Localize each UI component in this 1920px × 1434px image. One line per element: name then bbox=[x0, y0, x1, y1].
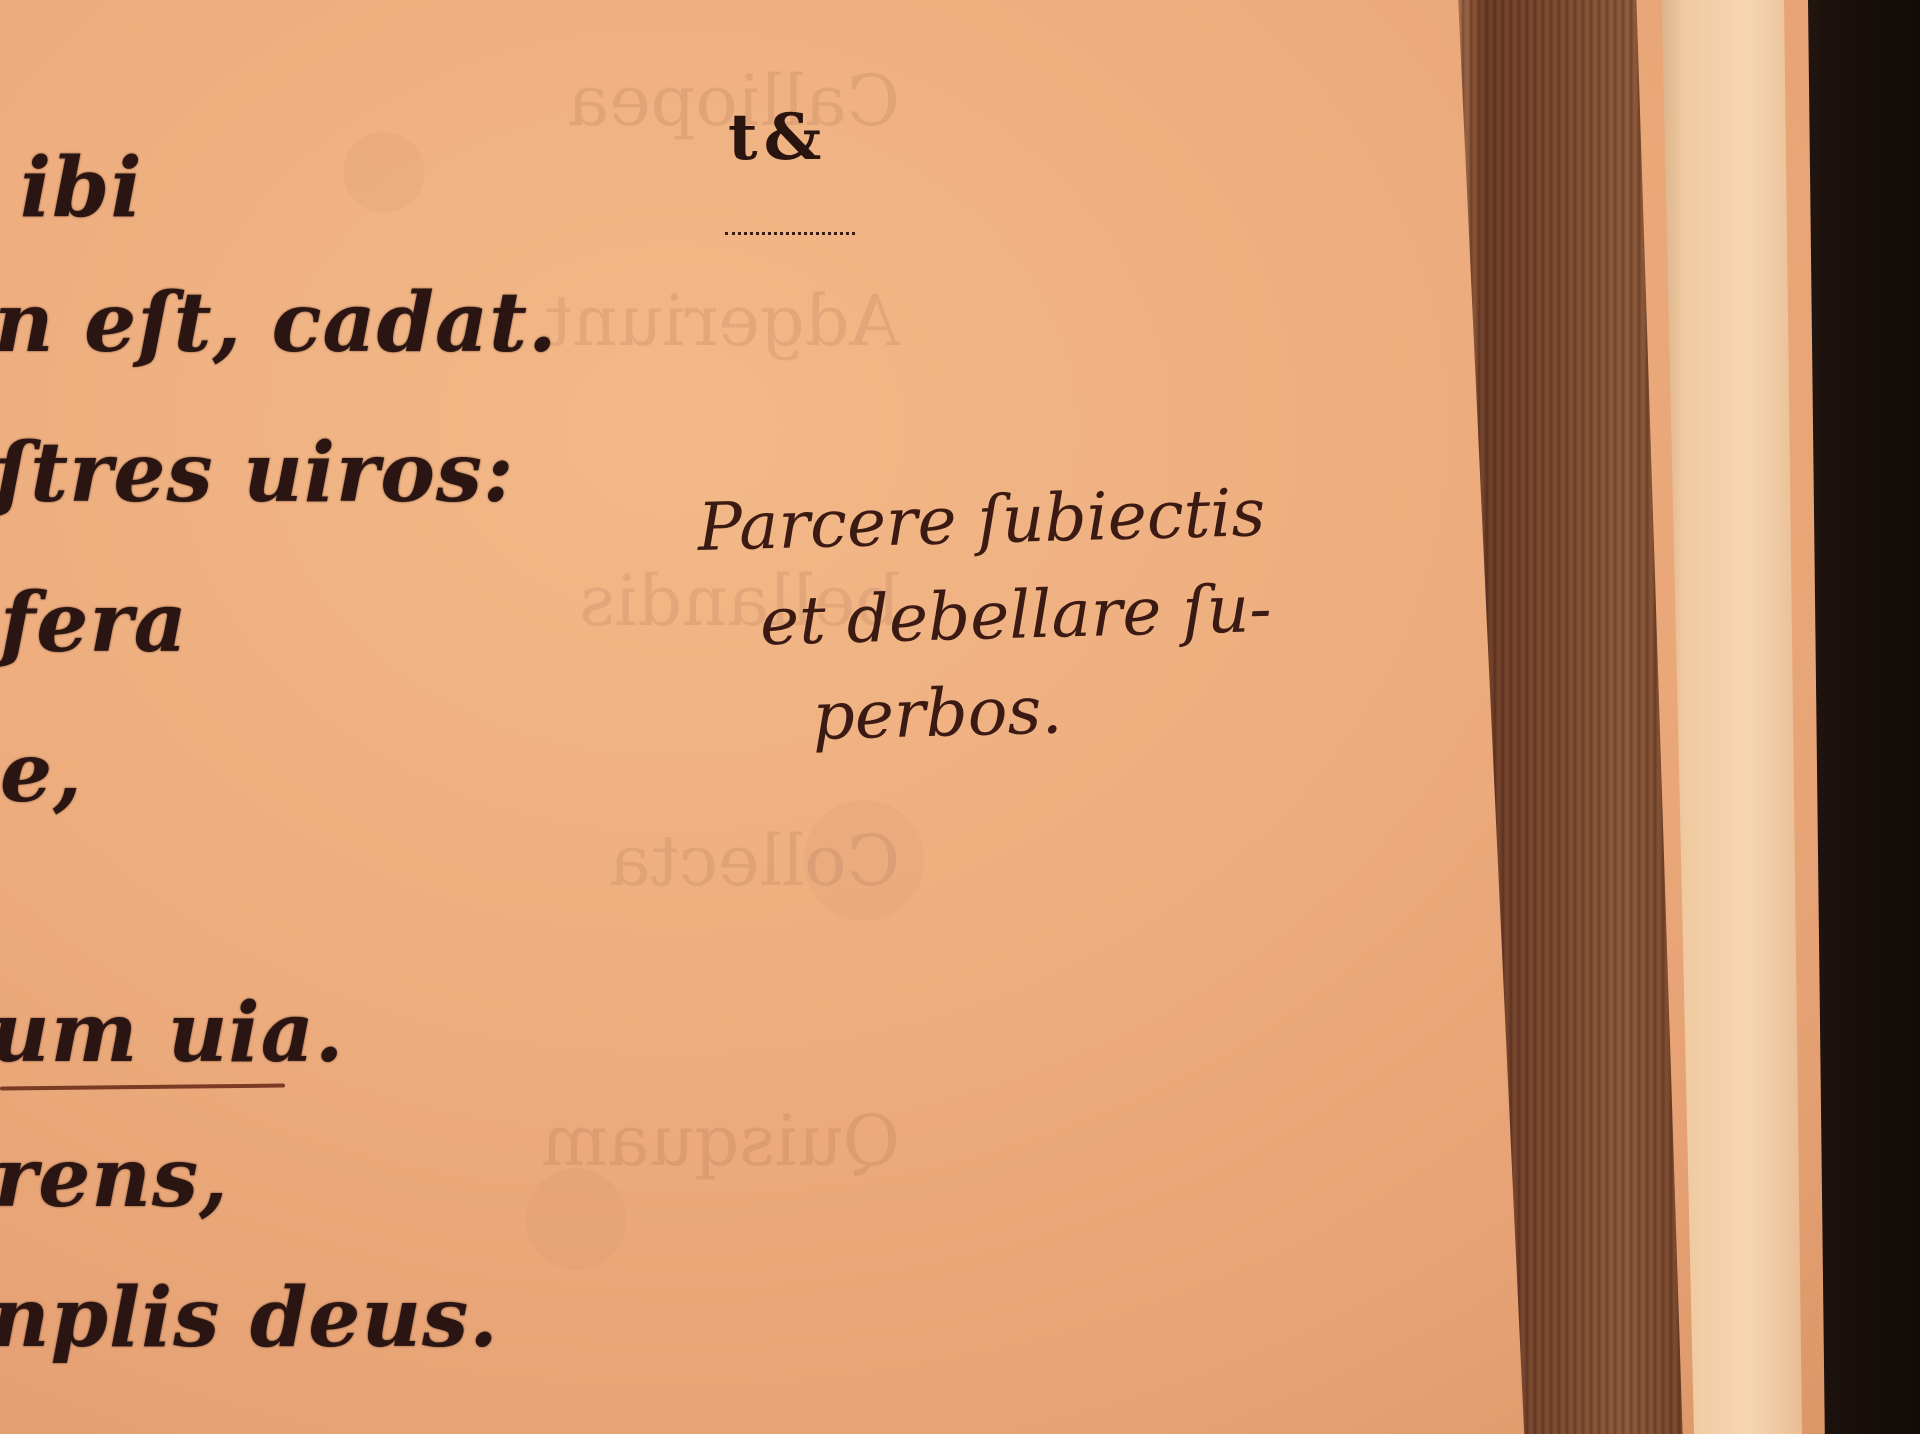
marginal-note-line: perbos. bbox=[701, 652, 1463, 768]
signature-dots bbox=[725, 232, 855, 241]
printed-line: um uia. bbox=[0, 985, 344, 1081]
leather-binding bbox=[1780, 0, 1920, 1434]
bleed-through-text: Calliopea bbox=[520, 60, 900, 142]
printed-line: nplis deus. bbox=[0, 1270, 499, 1366]
signature-mark: t& bbox=[728, 100, 827, 175]
bleed-through-text: Collecta bbox=[520, 820, 900, 902]
ink-underline bbox=[0, 1084, 285, 1091]
handwritten-marginal-note: Parcere ſubiectis et debellare ſu- perbo… bbox=[696, 460, 1463, 768]
printed-line: ſtres uiros: bbox=[0, 425, 514, 521]
printed-line: fera bbox=[0, 575, 188, 671]
bleed-through-text: Quisquam bbox=[520, 1100, 900, 1182]
printed-line: n eſt, cadat. bbox=[0, 275, 558, 371]
printed-line: ibi bbox=[20, 140, 143, 236]
printed-line: e, bbox=[0, 725, 83, 821]
printed-text-column: ibi n eſt, cadat. ſtres uiros: fera e, u… bbox=[0, 0, 470, 1434]
printed-line: rens, bbox=[0, 1130, 229, 1226]
book-page: Calliopea Adgeriunt bellandis Collecta Q… bbox=[0, 0, 1920, 1434]
bleed-through-text: Adgeriunt bbox=[520, 280, 900, 362]
